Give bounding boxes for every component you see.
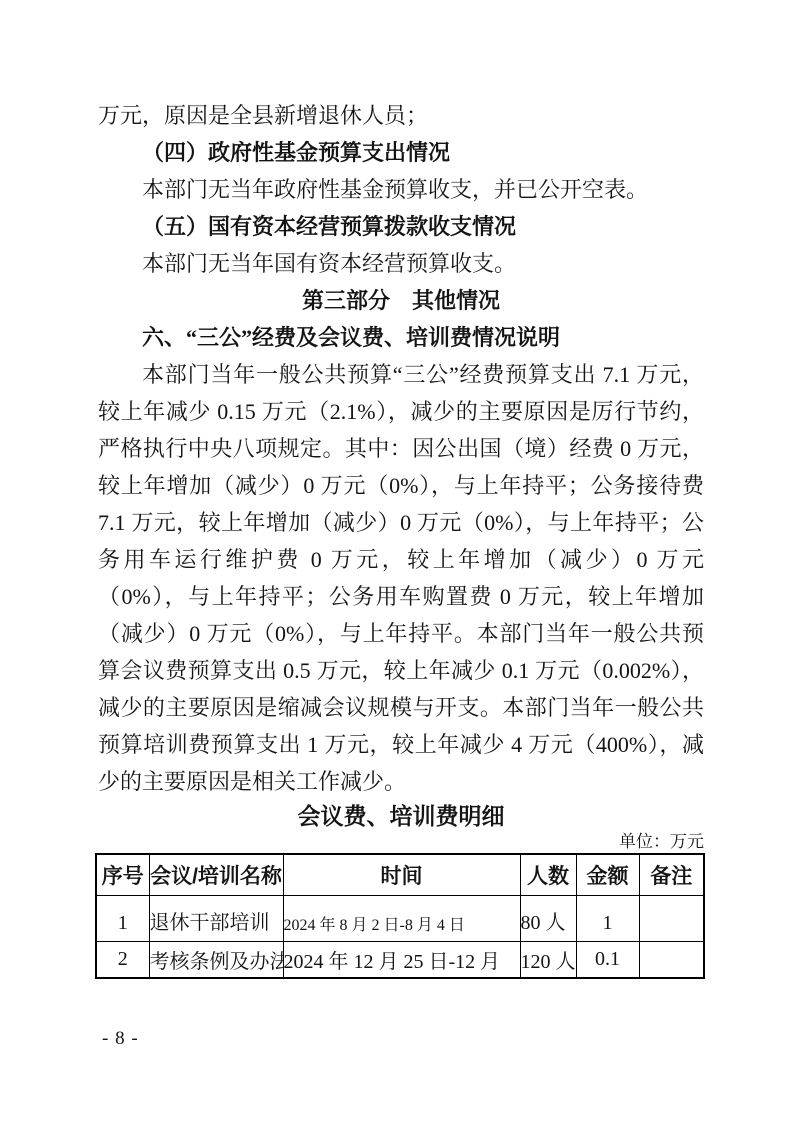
cell-row1-amount: 1 [576, 896, 639, 942]
paragraph-section-5: 本部门无当年国有资本经营预算收支。 [98, 245, 704, 282]
header-金额: 金额 [576, 854, 639, 896]
heading-section-4: （四）政府性基金预算支出情况 [98, 134, 704, 171]
table-row: 2 考核条例及办法培训 2024 年 12 月 25 日-12 月 120 人 … [96, 942, 704, 979]
meeting-training-fee-table: 序号 会议/培训名称 时间 人数 金额 备注 1 退休干部培训 2024 年 8… [95, 853, 705, 979]
cell-row2-name: 考核条例及办法培训 [149, 942, 283, 979]
header-会议培训名称: 会议/培训名称 [149, 854, 283, 896]
heading-section-6: 六、“三公”经费及会议费、培训费情况说明 [98, 319, 704, 356]
cell-row2-time: 2024 年 12 月 25 日-12 月 [283, 942, 520, 979]
paragraph-section-4: 本部门无当年政府性基金预算收支，并已公开空表。 [98, 171, 704, 208]
cell-row1-name: 退休干部培训 [149, 896, 283, 942]
cell-row1-time: 2024 年 8 月 2 日-8 月 4 日 [283, 896, 520, 942]
cell-row2-people: 120 人 [520, 942, 576, 979]
cell-row1-no: 1 [96, 896, 149, 942]
unit-label: 单位：万元 [98, 832, 704, 852]
page-number: - 8 - [102, 1028, 139, 1050]
table-row: 1 退休干部培训 2024 年 8 月 2 日-8 月 4 日 80 人 1 [96, 896, 704, 942]
header-序号: 序号 [96, 854, 149, 896]
table-header-row: 序号 会议/培训名称 时间 人数 金额 备注 [96, 854, 704, 896]
header-备注: 备注 [639, 854, 704, 896]
cell-row2-amount: 0.1 [576, 942, 639, 979]
document-page: 万元，原因是全县新增退休人员； （四）政府性基金预算支出情况 本部门无当年政府性… [0, 0, 793, 1122]
cell-row2-no: 2 [96, 942, 149, 979]
fee-table-title: 会议费、培训费明细 [98, 800, 704, 832]
part-three-title: 第三部分 其他情况 [98, 282, 704, 319]
document-content: 万元，原因是全县新增退休人员； （四）政府性基金预算支出情况 本部门无当年政府性… [98, 97, 704, 979]
cell-row2-note [639, 942, 704, 979]
cell-row1-people: 80 人 [520, 896, 576, 942]
header-人数: 人数 [520, 854, 576, 896]
paragraph-section-6: 本部门当年一般公共预算“三公”经费预算支出 7.1 万元，较上年减少 0.15 … [98, 356, 704, 800]
cell-row1-note [639, 896, 704, 942]
paragraph-continuation: 万元，原因是全县新增退休人员； [98, 97, 704, 134]
header-时间: 时间 [283, 854, 520, 896]
heading-section-5: （五）国有资本经营预算拨款收支情况 [98, 208, 704, 245]
